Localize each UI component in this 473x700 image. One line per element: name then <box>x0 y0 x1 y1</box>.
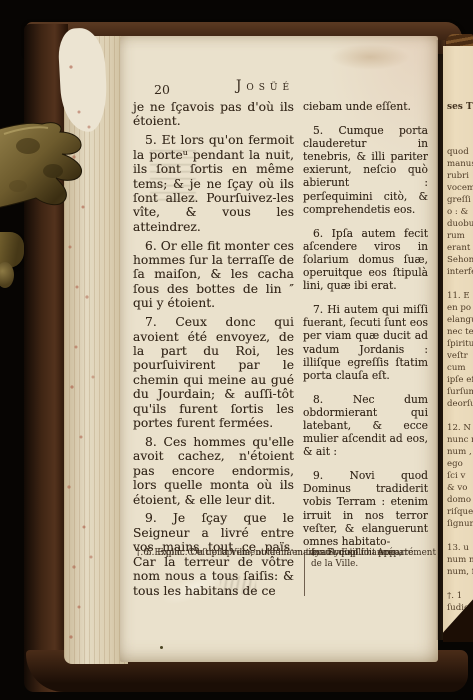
text-fragment <box>447 530 473 542</box>
red-speckled-edge <box>64 36 66 38</box>
footnote-section: †. 5. Explic. Ou de la Ville, ou de ſa m… <box>136 548 436 596</box>
verse-continuation: ciebam unde eſſent. <box>303 100 428 113</box>
text-fragment: Sehon <box>447 254 473 266</box>
text-fragment: manus <box>447 158 473 170</box>
text-fragment: nec ter <box>447 326 473 338</box>
text-fragment: 12. N <box>447 422 473 434</box>
text-fragment: duobus <box>447 218 473 230</box>
verse-paragraph: 7. Hi autem qui miſſi fuerant, ſecuti ſu… <box>303 303 428 382</box>
text-fragment: domo <box>447 494 473 506</box>
text-fragment <box>447 578 473 590</box>
verse-paragraph: 5. Cumque porta clauderetur in tenebris,… <box>303 124 428 216</box>
text-fragment: interfe <box>447 266 473 278</box>
brass-clasp-icon <box>0 116 90 220</box>
verse-paragraph: 9. Novi quod Dominus tradiderit vobis Te… <box>303 469 428 548</box>
text-fragment: ſignum <box>447 518 473 530</box>
text-fragment: ſurſum <box>447 386 473 398</box>
text-fragment: †. 1 <box>447 590 473 602</box>
ink-show-through <box>150 150 196 202</box>
next-page-header-fragment: ses T <box>447 102 473 112</box>
latin-text-column: ciebam unde eſſent. 5. Cumque porta clau… <box>303 100 428 113</box>
next-page-edge: ses T quodmanusrubrivocemgreſſio : &duob… <box>443 46 473 642</box>
text-fragment: en po <box>447 302 473 314</box>
footnote: †. 7. Explic. Appartement de la Ville. <box>311 548 436 569</box>
text-fragment: o : & <box>447 206 473 218</box>
page-number: 20 <box>154 82 170 97</box>
brass-knob <box>0 262 14 288</box>
text-fragment: 13. u <box>447 542 473 554</box>
text-fragment: num m <box>447 554 473 566</box>
text-fragment: ſci v <box>447 470 473 482</box>
text-fragment: veſtr <box>447 350 473 362</box>
text-fragment: deorſu <box>447 398 473 410</box>
verse-paragraph: 8. Ces hommes qu'elle avoit cachez, n'ét… <box>133 435 294 507</box>
text-fragment: rum <box>447 230 473 242</box>
footnotes-right-column: avant qu'il ſoit préparé.†. 7. Explic. A… <box>305 548 423 596</box>
next-page-text-fragments: quodmanusrubrivocemgreſſio : &duobusrume… <box>447 146 473 632</box>
text-fragment: cum <box>447 362 473 374</box>
text-fragment: riſque <box>447 506 473 518</box>
text-fragment: quod <box>447 146 473 158</box>
latin-verses: 5. Cumque porta clauderetur in tenebris,… <box>303 113 428 548</box>
paper-stain <box>330 44 410 70</box>
left-page: 20 Josüé je ne ſçavois pas d'où ils étoi… <box>120 36 438 662</box>
text-fragment: ſpiritu <box>447 338 473 350</box>
text-fragment: ego <box>447 458 473 470</box>
footnotes-left-column: †. 5. Explic. Ou de la Ville, ou de ſa m… <box>136 548 304 596</box>
verse-paragraph: 8. Nec dum obdormierant qui latebant, & … <box>303 393 428 458</box>
text-fragment: erant <box>447 242 473 254</box>
text-fragment: num , <box>447 446 473 458</box>
french-text-column: je ne ſçavois pas d'où ils étoient. 5. E… <box>133 100 294 129</box>
ink-spot <box>160 646 163 649</box>
text-fragment: rubri <box>447 170 473 182</box>
verse-paragraph: 6. Or elle fit monter ces hommes ſur la … <box>133 239 294 311</box>
text-fragment: ipſe eſt <box>447 374 473 386</box>
antique-book-photo: 20 Josüé je ne ſçavois pas d'où ils étoi… <box>0 0 473 700</box>
text-fragment: nunc mi <box>447 434 473 446</box>
text-fragment: elangu <box>447 314 473 326</box>
text-fragment: 11. E <box>447 290 473 302</box>
verse-paragraph: 6. Ipſa autem fecit aſcendere viros in ſ… <box>303 227 428 292</box>
text-fragment <box>447 410 473 422</box>
text-fragment: vocem <box>447 182 473 194</box>
text-fragment: greſſi <box>447 194 473 206</box>
verse-continuation: je ne ſçavois pas d'où ils étoient. <box>133 100 294 129</box>
running-title: Josüé <box>180 78 350 94</box>
verse-paragraph: 7. Ceux donc qui avoient été envoyez, de… <box>133 315 294 430</box>
text-fragment: num, f <box>447 566 473 578</box>
text-fragment <box>447 278 473 290</box>
text-fragment: & vo <box>447 482 473 494</box>
